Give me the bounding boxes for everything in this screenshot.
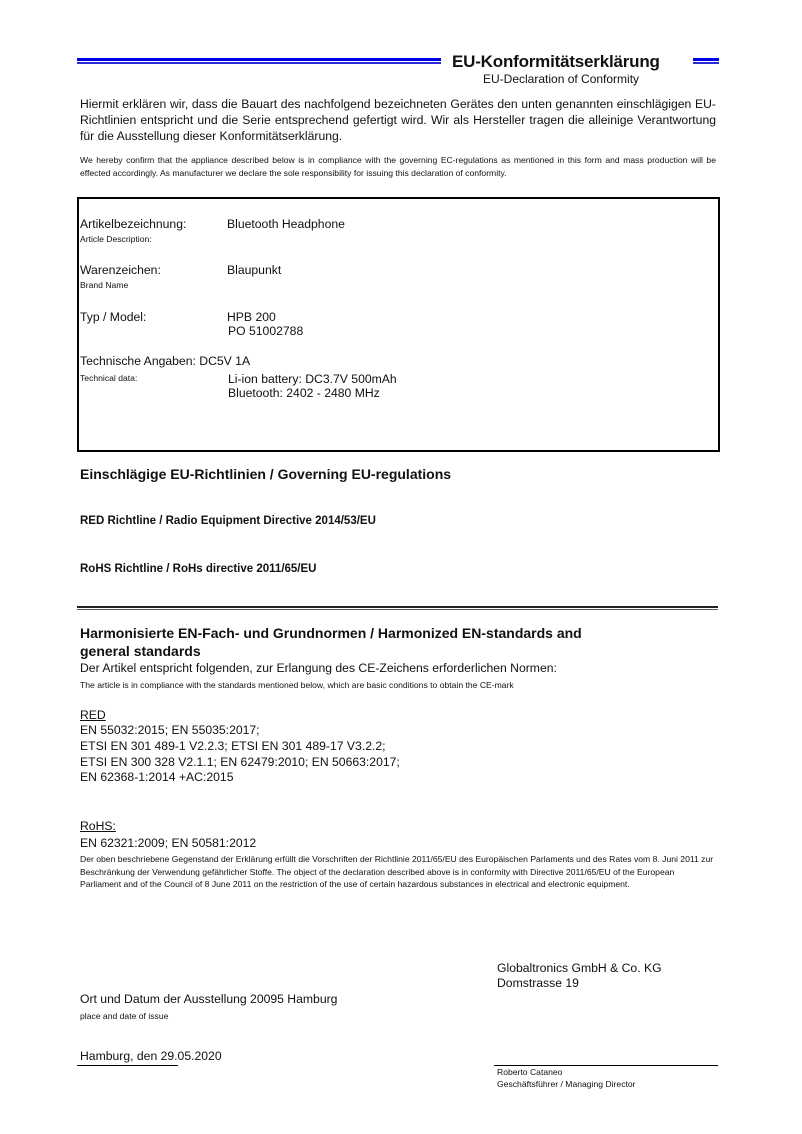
model-value: HPB 200 <box>227 310 276 324</box>
standards-heading-line1: Harmonisierte EN-Fach- und Grundnormen /… <box>80 625 582 641</box>
brand-label-de: Warenzeichen: <box>80 263 161 277</box>
document-title: EU-Konformitätserklärung <box>452 52 660 72</box>
regulation-red: RED Richtline / Radio Equipment Directiv… <box>80 515 376 527</box>
header-rule-right <box>693 58 719 64</box>
red-standards-label: RED <box>80 708 106 724</box>
company-street: Domstrasse 19 <box>497 976 579 990</box>
red-standard-line: ETSI EN 300 328 V2.1.1; EN 62479:2010; E… <box>80 755 400 771</box>
place-label-en: place and date of issue <box>80 1011 168 1021</box>
standards-heading-line2: general standards <box>80 643 201 659</box>
technical-battery: Li-ion battery: DC3.7V 500mAh <box>228 372 397 386</box>
rohs-standards-label: RoHS: <box>80 819 116 835</box>
intro-english: We hereby confirm that the appliance des… <box>80 154 716 180</box>
article-value: Bluetooth Headphone <box>227 217 345 231</box>
red-standard-line: ETSI EN 301 489-1 V2.2.3; ETSI EN 301 48… <box>80 739 386 755</box>
red-standard-line: EN 55032:2015; EN 55035:2017; <box>80 723 260 739</box>
regulations-heading: Einschlägige EU-Richtlinien / Governing … <box>80 466 451 482</box>
signature-line <box>494 1065 718 1066</box>
model-label: Typ / Model: <box>80 310 146 324</box>
place-date: Hamburg, den 29.05.2020 <box>80 1049 222 1063</box>
place-date-line <box>77 1065 178 1066</box>
brand-label-en: Brand Name <box>80 280 128 290</box>
technical-label-en: Technical data: <box>80 373 137 383</box>
standards-intro-en: The article is in compliance with the st… <box>80 680 514 690</box>
technical-bluetooth: Bluetooth: 2402 - 2480 MHz <box>228 386 380 400</box>
header-rule-left <box>77 58 441 64</box>
document-subtitle: EU-Declaration of Conformity <box>483 72 639 86</box>
place-label-de: Ort und Datum der Ausstellung 20095 Hamb… <box>80 992 337 1006</box>
rohs-note: Der oben beschriebene Gegenstand der Erk… <box>80 853 716 891</box>
red-standard-line: EN 62368-1:2014 +AC:2015 <box>80 770 233 786</box>
technical-label-text: Technische Angaben: <box>80 354 196 368</box>
brand-value: Blaupunkt <box>227 263 281 277</box>
section-divider <box>77 606 718 611</box>
technical-label-de: Technische Angaben: DC5V 1A <box>80 354 250 368</box>
company-name: Globaltronics GmbH & Co. KG <box>497 961 662 975</box>
model-po-number: PO 51002788 <box>228 324 303 338</box>
article-label-de: Artikelbezeichnung: <box>80 217 186 231</box>
rohs-standard-line: EN 62321:2009; EN 50581:2012 <box>80 836 256 852</box>
article-label-en: Article Description: <box>80 234 152 244</box>
standards-intro-de: Der Artikel entspricht folgenden, zur Er… <box>80 661 557 675</box>
product-info-box <box>77 197 720 452</box>
technical-value: DC5V 1A <box>199 354 250 368</box>
intro-german: Hiermit erklären wir, dass die Bauart de… <box>80 96 716 144</box>
signer-name: Roberto Cataneo <box>497 1067 562 1077</box>
signer-title: Geschäftsführer / Managing Director <box>497 1079 636 1089</box>
regulation-rohs: RoHS Richtline / RoHs directive 2011/65/… <box>80 563 316 575</box>
